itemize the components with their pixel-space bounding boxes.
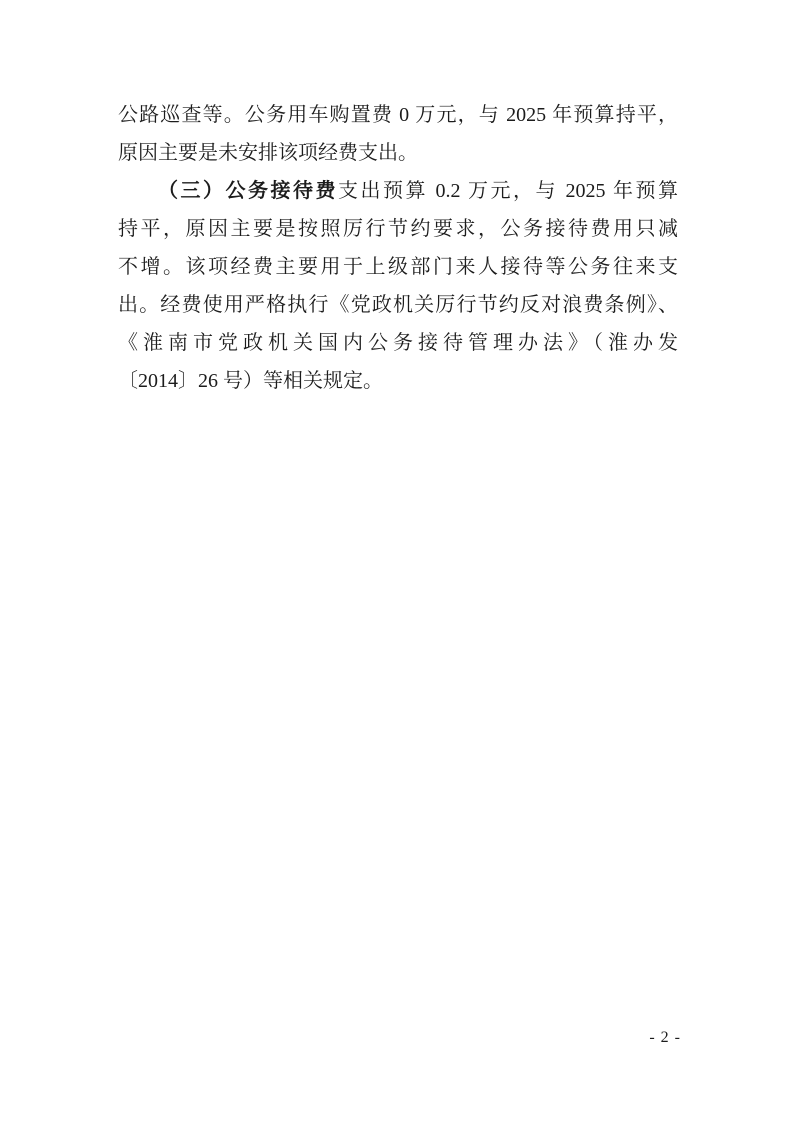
text-line: 原因主要是未安排该项经费支出。 [118, 134, 678, 172]
text-line: 〔2014〕26 号）等相关规定。 [118, 362, 678, 400]
line-text: 支出预算 0.2 万元，与 2025 年预算 [338, 180, 678, 202]
text-line: 持平，原因主要是按照厉行节约要求，公务接待费用只减 [118, 210, 678, 248]
paragraph-vehicle-expense: 公路巡查等。公务用车购置费 0 万元，与 2025 年预算持平， 原因主要是未安… [118, 96, 678, 172]
text-line: （三）公务接待费支出预算 0.2 万元，与 2025 年预算 [118, 172, 678, 210]
text-line: 公路巡查等。公务用车购置费 0 万元，与 2025 年预算持平， [118, 96, 678, 134]
document-body: 公路巡查等。公务用车购置费 0 万元，与 2025 年预算持平， 原因主要是未安… [118, 96, 678, 400]
text-line: 出。经费使用严格执行《党政机关厉行节约反对浪费条例》、 [118, 286, 678, 324]
page-number: - 2 - [649, 1028, 681, 1048]
text-line: 《淮南市党政机关国内公务接待管理办法》（淮办发 [118, 324, 678, 362]
paragraph-reception-expense: （三）公务接待费支出预算 0.2 万元，与 2025 年预算 持平，原因主要是按… [118, 172, 678, 400]
section-heading: （三）公务接待费 [158, 180, 338, 202]
text-line: 不增。该项经费主要用于上级部门来人接待等公务往来支 [118, 248, 678, 286]
document-page: 公路巡查等。公务用车购置费 0 万元，与 2025 年预算持平， 原因主要是未安… [0, 0, 793, 1122]
